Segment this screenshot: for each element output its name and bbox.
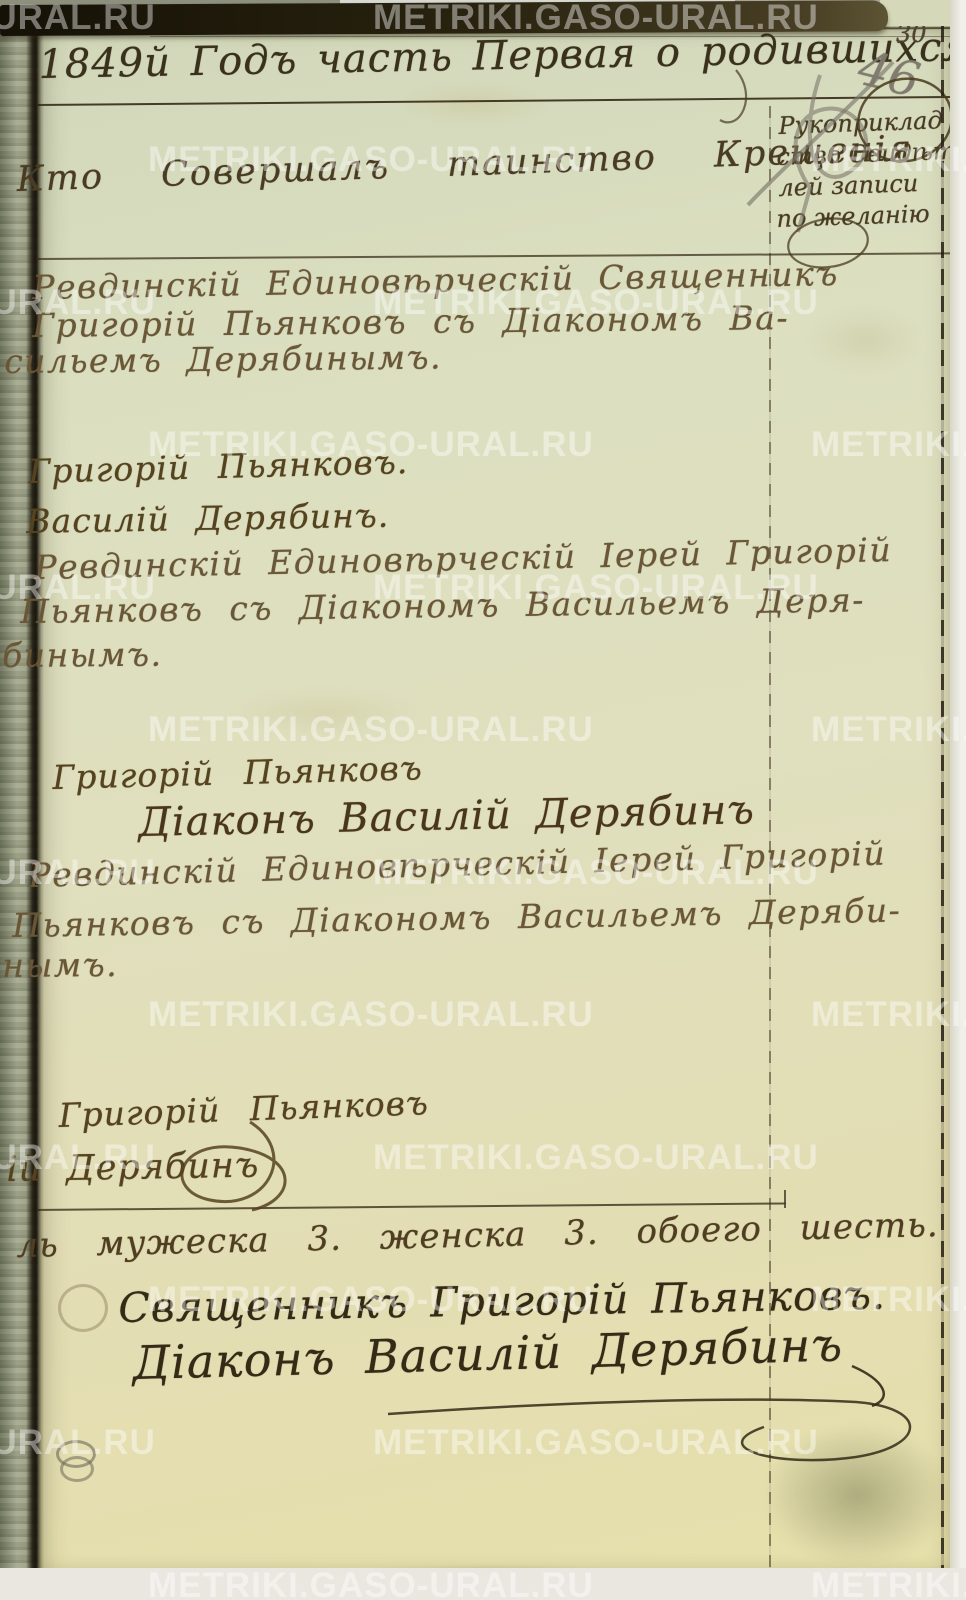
scanned-metric-book-page: 1849й Годъ часть Первая о родившихся. 30… xyxy=(0,0,966,1600)
record-entry-line: бинымъ. xyxy=(2,635,163,675)
pencil-mark-ring xyxy=(60,1456,94,1482)
record-entry-line: нымъ. xyxy=(2,945,118,985)
right-column-header-line: лей записи xyxy=(778,169,919,202)
binding-gutter-shadow xyxy=(26,24,44,1572)
record-entry-line: сильемъ Дерябинымъ. xyxy=(4,337,442,381)
record-signature-line: ій Дерябинъ xyxy=(6,1146,260,1190)
scan-background-right xyxy=(950,0,966,1600)
ink-bubble-mark xyxy=(58,1284,108,1332)
right-column-header-line: Рукоприклад xyxy=(778,106,943,140)
record-signature-line: Василій Дерябинъ. xyxy=(26,496,390,541)
right-column-header-line: по желанію xyxy=(776,200,930,233)
page-right-edge xyxy=(941,26,944,1572)
scan-background-bottom xyxy=(0,1568,966,1600)
book-top-edge xyxy=(0,0,888,36)
rule-totals-end-tick xyxy=(784,1190,786,1208)
